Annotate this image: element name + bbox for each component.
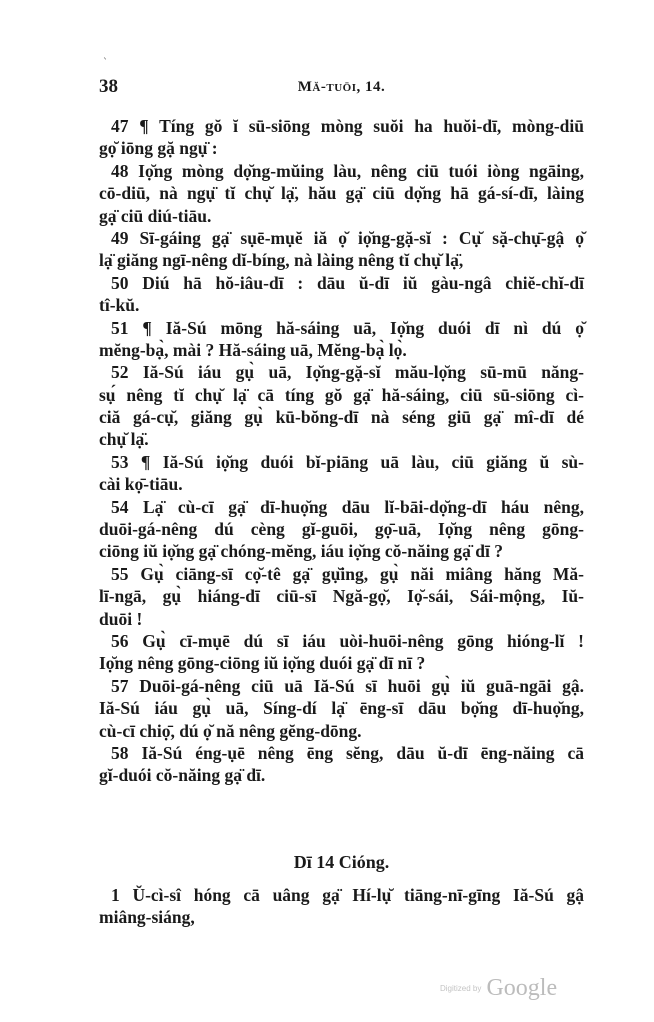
verse-line: gọ̆ iōng gặ ngụ̈ : <box>99 137 584 159</box>
verse-text: Diú hā hŏ-iâu-dī : dāu ŭ-dī iŭ gàu-ngâ c… <box>142 273 584 293</box>
verse-text: mĕng-bạ̀, mài ? Hă-sáing uā, Mĕng-bạ̀ lọ… <box>99 340 407 360</box>
verse-number: 54 <box>111 497 129 517</box>
verse-number: 53 <box>111 452 129 472</box>
verse-number: 1 <box>111 885 120 905</box>
verse-number: 52 <box>111 362 129 382</box>
verse-line: chụ̆ lạ̈. <box>99 428 584 450</box>
verse-text: Iọ̆ng nêng gōng-ciōng iŭ iọ̆ng duói gạ̈ … <box>99 653 425 673</box>
verse-text: gạ̈ ciū diú-tiāu. <box>99 206 211 226</box>
stray-mark: ` <box>103 58 108 69</box>
verse-line-first: 52 Iă-Sú iáu gụ̀ uā, Iọ̆ng-gặ-sĭ mău-lọ̆… <box>99 361 584 383</box>
verse-text: chụ̆ lạ̈. <box>99 429 149 449</box>
verse-line: lī-ngā, gụ̀ hiáng-dī ciū-sī Ngă-gọ̆, Iọ̆… <box>99 585 584 607</box>
verse-text: Iọ̆ng mòng dọ̆ng-mŭing làu, nêng ciū tuó… <box>138 161 584 181</box>
verse-number: 55 <box>111 564 129 584</box>
verse-text: cù-cī chiọ̄, dú ọ̆ nă nêng gĕng-dōng. <box>99 721 362 741</box>
verse-text: tî-kŭ. <box>99 295 139 315</box>
verse-text: duōi-gá-nêng dú cèng gĭ-guōi, gọ̄-uā, Iọ… <box>99 519 584 539</box>
verse-line: duōi-gá-nêng dú cèng gĭ-guōi, gọ̄-uā, Iọ… <box>99 518 584 540</box>
verse-text: ¶ Iă-Sú iọ̆ng duói bĭ-piāng uā làu, ciū … <box>141 452 584 472</box>
running-title: Mă-tuōi, 14. <box>99 76 584 96</box>
verse-line-first: 1 Ŭ-cì-sî hóng cā uâng gạ̈ Hí-lụ̆ tiāng-… <box>99 884 584 906</box>
verse-text: ciă gá-cụ̆, giăng gụ̀ kū-bŏng-dī nà séng… <box>99 407 584 427</box>
verse-text: lī-ngā, gụ̀ hiáng-dī ciū-sī Ngă-gọ̆, Iọ̆… <box>99 586 584 606</box>
verse-line: Iọ̆ng nêng gōng-ciōng iŭ iọ̆ng duói gạ̈ … <box>99 652 584 674</box>
verse-number: 56 <box>111 631 129 651</box>
verse-line: Iă-Sú iáu gụ̀ uā, Síng-dí lạ̈ ēng-sī dāu… <box>99 697 584 719</box>
verse-text: ciōng iŭ iọ̆ng gạ̈ chóng-mĕng, iáu iọ̆ng… <box>99 541 503 561</box>
book-page: ` 38 Mă-tuōi, 14. 47 ¶ Tíng gŏ ĭ sū-siōn… <box>0 0 654 1022</box>
verse-line-first: 48 Iọ̆ng mòng dọ̆ng-mŭing làu, nêng ciū … <box>99 160 584 182</box>
verse-text: gọ̆ iōng gặ ngụ̈ : <box>99 138 218 158</box>
verse-text: lạ̈ giăng ngī-nêng dĭ-bíng, nà làing nên… <box>99 250 463 270</box>
verse-line: miâng-siáng, <box>99 906 584 928</box>
running-title-text: Mă-tuōi, 14. <box>298 79 385 95</box>
verse-line-first: 54 Lạ̈ cù-cī gạ̈ dī-huọ̆ng dāu lĭ-bāi-dọ… <box>99 496 584 518</box>
verse-line: gạ̈ ciū diú-tiāu. <box>99 205 584 227</box>
verse-text: Ŭ-cì-sî hóng cā uâng gạ̈ Hí-lụ̆ tiāng-nī… <box>132 885 584 905</box>
verse-number: 58 <box>111 743 129 763</box>
verse-number: 51 <box>111 318 129 338</box>
verse-text: Gụ̀ ciāng-sī cọ̆-tê gạ̈ gụ̆ing, gụ̀ năi … <box>140 564 584 584</box>
verse-number: 50 <box>111 273 129 293</box>
verse-number: 48 <box>111 161 129 181</box>
verse-line-first: 55 Gụ̀ ciāng-sī cọ̆-tê gạ̈ gụ̆ing, gụ̀ n… <box>99 563 584 585</box>
verse-text: Iă-Sú iáu gụ̀ uā, Síng-dí lạ̈ ēng-sī dāu… <box>99 698 584 718</box>
verse-number: 57 <box>111 676 129 696</box>
chapter-heading: Dī 14 Cióng. <box>99 852 584 873</box>
verse-line-first: 53 ¶ Iă-Sú iọ̆ng duói bĭ-piāng uā làu, c… <box>99 451 584 473</box>
verse-line: cù-cī chiọ̄, dú ọ̆ nă nêng gĕng-dōng. <box>99 720 584 742</box>
verse-text: Lạ̈ cù-cī gạ̈ dī-huọ̆ng dāu lĭ-bāi-dọ̆ng… <box>143 497 584 517</box>
verse-text: Duōi-gá-nêng ciū uā Iă-Sú sī huōi gụ̀ iŭ… <box>139 676 584 696</box>
google-watermark: Digitized by Google <box>440 975 557 1002</box>
verse-line: ciă gá-cụ̆, giăng gụ̀ kū-bŏng-dī nà séng… <box>99 406 584 428</box>
verse-number: 49 <box>111 228 129 248</box>
verse-line: duōi ! <box>99 608 584 630</box>
verse-line-first: 58 Iă-Sú éng-ụē nêng ēng sĕng, dāu ŭ-dī … <box>99 742 584 764</box>
watermark-digitized-by: Digitized by <box>440 984 481 993</box>
verse-text: sụ́ nêng tĭ chụ̆ lạ̈ cā tíng gŏ gạ̈ hă-s… <box>99 385 584 405</box>
verse-text: cō-diū, nà ngụ̈ tĭ chụ̆ lạ̈, hău gạ̈ ciū… <box>99 183 584 203</box>
verse-text: ¶ Tíng gŏ ĭ sū-siōng mòng suŏi ha huŏi-d… <box>139 116 584 136</box>
verse-text: Sī-gáing gạ̈ sụē-mụĕ iă ọ̆ iọ̆ng-gặ-sĭ :… <box>140 228 584 248</box>
verse-text: Iă-Sú iáu gụ̀ uā, Iọ̆ng-gặ-sĭ mău-lọ̆ng … <box>143 362 584 382</box>
verse-line: lạ̈ giăng ngī-nêng dĭ-bíng, nà làing nên… <box>99 249 584 271</box>
verse-line: ciōng iŭ iọ̆ng gạ̈ chóng-mĕng, iáu iọ̆ng… <box>99 540 584 562</box>
verse-line-first: 50 Diú hā hŏ-iâu-dī : dāu ŭ-dī iŭ gàu-ng… <box>99 272 584 294</box>
verse-line-first: 51 ¶ Iă-Sú mōng hă-sáing uā, Iọ̆ng duói … <box>99 317 584 339</box>
verse-line-first: 49 Sī-gáing gạ̈ sụē-mụĕ iă ọ̆ iọ̆ng-gặ-s… <box>99 227 584 249</box>
verse-text: Gụ̀ cī-mụē dú sī iáu uòi-huōi-nêng gōng … <box>142 631 584 651</box>
verse-text: duōi ! <box>99 609 142 629</box>
verse-line: sụ́ nêng tĭ chụ̆ lạ̈ cā tíng gŏ gạ̈ hă-s… <box>99 384 584 406</box>
verse-line-first: 47 ¶ Tíng gŏ ĭ sū-siōng mòng suŏi ha huŏ… <box>99 115 584 137</box>
verse-line-first: 57 Duōi-gá-nêng ciū uā Iă-Sú sī huōi gụ̀… <box>99 675 584 697</box>
watermark-google-logo: Google <box>486 975 557 1001</box>
verse-line: tî-kŭ. <box>99 294 584 316</box>
chapter-verse-block: 1 Ŭ-cì-sî hóng cā uâng gạ̈ Hí-lụ̆ tiāng-… <box>99 884 584 929</box>
verse-line: mĕng-bạ̀, mài ? Hă-sáing uā, Mĕng-bạ̀ lọ… <box>99 339 584 361</box>
verse-line: cō-diū, nà ngụ̈ tĭ chụ̆ lạ̈, hău gạ̈ ciū… <box>99 182 584 204</box>
verse-text: miâng-siáng, <box>99 907 195 927</box>
verse-text: gĭ-duói cŏ-năing gạ̈ dī. <box>99 765 265 785</box>
verse-block: 47 ¶ Tíng gŏ ĭ sū-siōng mòng suŏi ha huŏ… <box>99 115 584 787</box>
verse-text: Iă-Sú éng-ụē nêng ēng sĕng, dāu ŭ-dī ēng… <box>141 743 584 763</box>
verse-line: gĭ-duói cŏ-năing gạ̈ dī. <box>99 764 584 786</box>
verse-line-first: 56 Gụ̀ cī-mụē dú sī iáu uòi-huōi-nêng gō… <box>99 630 584 652</box>
page-header: 38 Mă-tuōi, 14. <box>99 76 584 100</box>
verse-text: cài kọ̄-tiāu. <box>99 474 183 494</box>
verse-text: ¶ Iă-Sú mōng hă-sáing uā, Iọ̆ng duói dī … <box>142 318 584 338</box>
verse-number: 47 <box>111 116 129 136</box>
verse-line: cài kọ̄-tiāu. <box>99 473 584 495</box>
